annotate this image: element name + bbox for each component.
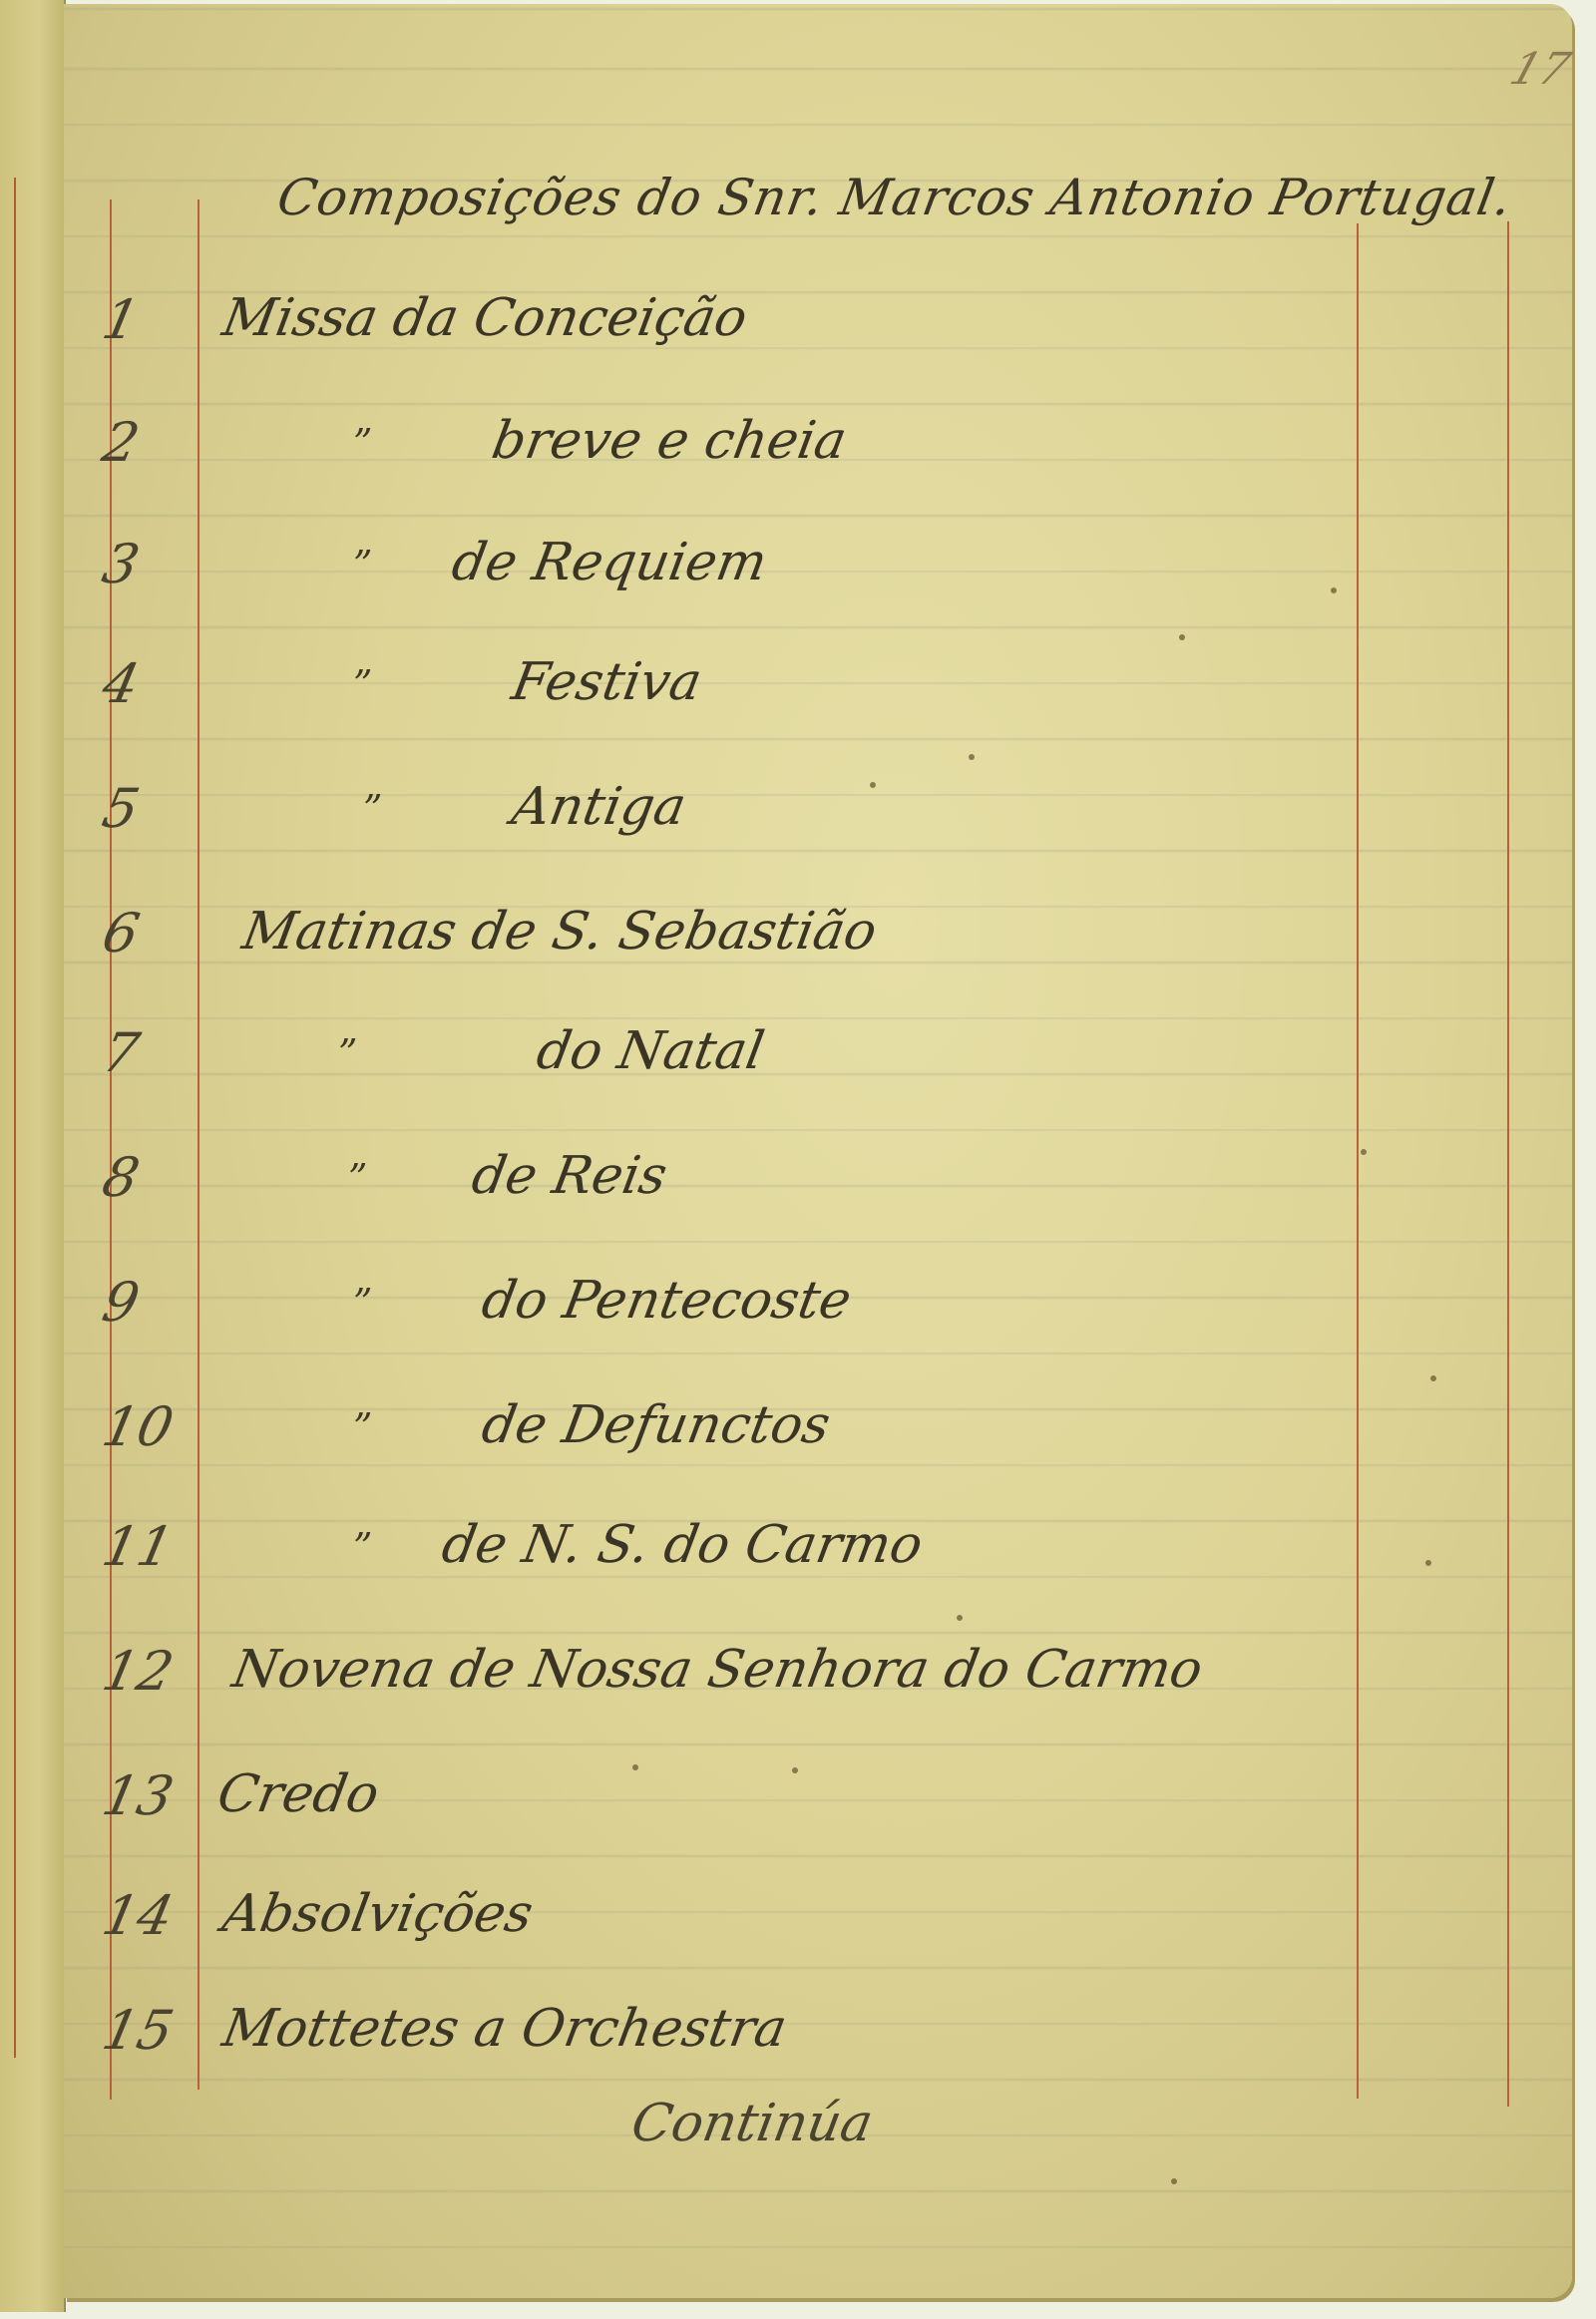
catalog-entry: 3 ” de Requiem bbox=[64, 533, 1572, 632]
ink-spot bbox=[1425, 1560, 1431, 1566]
ink-spot bbox=[1179, 634, 1185, 640]
catalog-entry: 15 Mottetes a Orchestra bbox=[64, 1999, 1572, 2099]
entry-title: Credo bbox=[213, 1764, 384, 1824]
ditto-mark: ” bbox=[353, 662, 372, 706]
entry-number: 14 bbox=[97, 1884, 179, 1947]
ditto-mark: ” bbox=[353, 1525, 372, 1569]
entry-title: Antiga bbox=[508, 777, 690, 837]
entry-title: breve e cheia bbox=[488, 411, 852, 471]
entry-number: 7 bbox=[97, 1021, 145, 1084]
entry-number: 9 bbox=[97, 1271, 145, 1334]
ditto-mark: ” bbox=[353, 1405, 372, 1449]
entry-title: de Reis bbox=[468, 1146, 671, 1206]
ditto-mark: ” bbox=[363, 787, 382, 831]
catalog-entry: 9 ” do Pentecoste bbox=[64, 1271, 1572, 1370]
entry-title: do Natal bbox=[533, 1021, 769, 1081]
red-margin-rule bbox=[14, 178, 16, 2058]
entry-number: 10 bbox=[97, 1395, 179, 1458]
ditto-mark: ” bbox=[348, 1156, 367, 1200]
ink-spot bbox=[1430, 1375, 1436, 1381]
entry-number: 2 bbox=[97, 411, 145, 474]
entry-title: Matinas de S. Sebastião bbox=[238, 902, 882, 962]
entry-title: Absolvições bbox=[218, 1884, 538, 1944]
entry-number: 8 bbox=[97, 1146, 145, 1209]
entry-title: de Defunctos bbox=[478, 1395, 835, 1455]
ditto-mark: ” bbox=[338, 1031, 357, 1075]
catalog-entry: 12 Novena de Nossa Senhora do Carmo bbox=[64, 1640, 1572, 1739]
entry-number: 11 bbox=[97, 1515, 179, 1578]
catalog-entry: 2 ” breve e cheia bbox=[64, 411, 1572, 511]
catalog-entry: 13 Credo bbox=[64, 1764, 1572, 1864]
ink-spot bbox=[957, 1615, 963, 1621]
entry-number: 3 bbox=[97, 533, 145, 595]
continued-note: Continúa bbox=[627, 2094, 878, 2153]
entry-title: Festiva bbox=[508, 652, 706, 712]
ditto-mark: ” bbox=[353, 1281, 372, 1325]
facing-page-edge bbox=[0, 0, 66, 2312]
ink-spot bbox=[1171, 2178, 1177, 2184]
entry-title: Missa da Conceição bbox=[218, 288, 752, 348]
catalog-entry: 4 ” Festiva bbox=[64, 652, 1572, 752]
manuscript-page: 17 Composições do Snr. Marcos Antonio Po… bbox=[64, 4, 1572, 2298]
entry-number: 15 bbox=[97, 1999, 179, 2062]
catalog-entry: 1 Missa da Conceição bbox=[64, 288, 1572, 388]
page-title: Composições do Snr. Marcos Antonio Portu… bbox=[273, 169, 1517, 226]
ink-spot bbox=[870, 782, 876, 788]
catalog-entry: 5 ” Antiga bbox=[64, 777, 1572, 877]
entry-title: Mottetes a Orchestra bbox=[218, 1999, 791, 2059]
entry-number: 4 bbox=[97, 652, 145, 715]
catalog-entry: 11 ” de N. S. do Carmo bbox=[64, 1515, 1572, 1615]
catalog-entry: 10 ” de Defunctos bbox=[64, 1395, 1572, 1495]
entry-title: Novena de Nossa Senhora do Carmo bbox=[228, 1640, 1207, 1700]
entry-title: de N. S. do Carmo bbox=[438, 1515, 928, 1575]
catalog-entry: 6 Matinas de S. Sebastião bbox=[64, 902, 1572, 1001]
ink-spot bbox=[969, 754, 975, 760]
catalog-entry: 7 ” do Natal bbox=[64, 1021, 1572, 1121]
ditto-mark: ” bbox=[353, 543, 372, 586]
ink-spot bbox=[1361, 1149, 1367, 1155]
manuscript-scan: 17 Composições do Snr. Marcos Antonio Po… bbox=[0, 0, 1596, 2319]
entry-number: 12 bbox=[97, 1640, 179, 1703]
catalog-entry: 14 Absolvições bbox=[64, 1884, 1572, 1984]
catalog-entry: 8 ” de Reis bbox=[64, 1146, 1572, 1246]
entry-title: do Pentecoste bbox=[478, 1271, 856, 1331]
ink-spot bbox=[792, 1767, 798, 1773]
ink-spot bbox=[1331, 587, 1337, 593]
ditto-mark: ” bbox=[353, 421, 372, 465]
entry-number: 5 bbox=[97, 777, 145, 840]
entry-number: 13 bbox=[97, 1764, 179, 1827]
entry-title: de Requiem bbox=[448, 533, 772, 592]
entry-number: 6 bbox=[97, 902, 145, 965]
entry-number: 1 bbox=[97, 288, 145, 351]
ink-spot bbox=[632, 1764, 638, 1770]
